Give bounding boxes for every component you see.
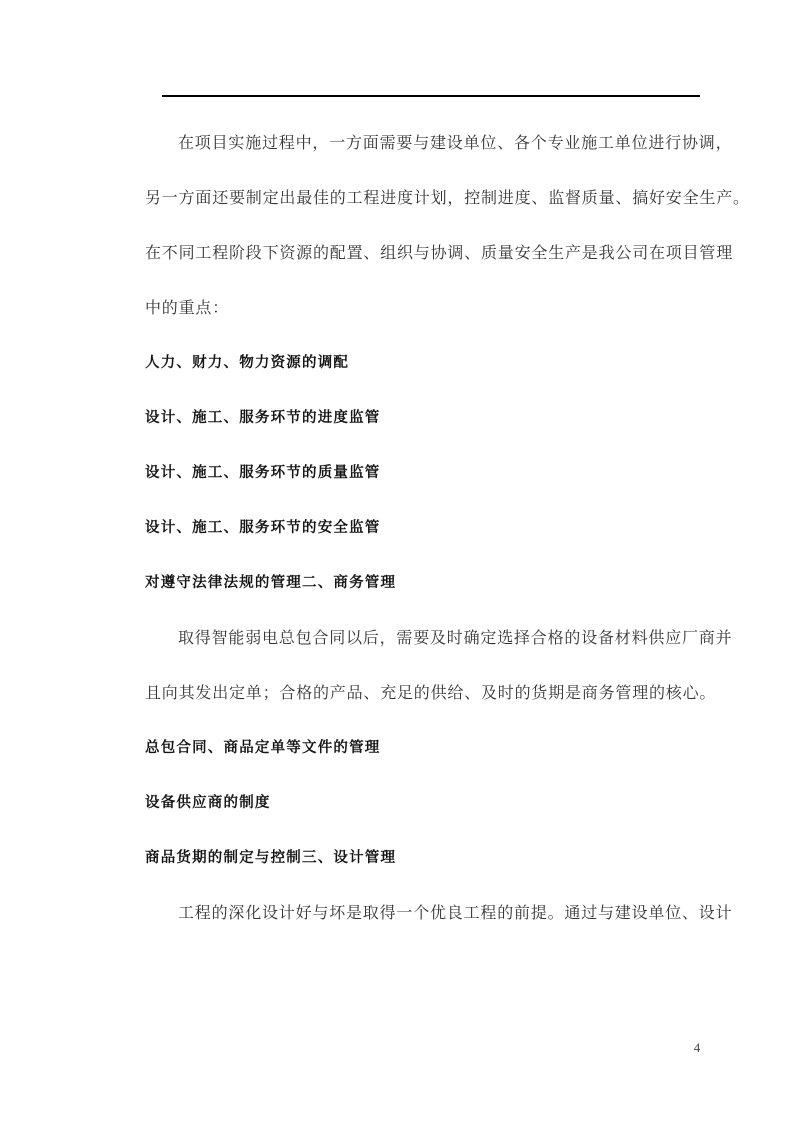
document-text-line: 对遵守法律法规的管理二、商务管理 <box>145 556 723 611</box>
document-body: 在项目实施过程中，一方面需要与建设单位、各个专业施工单位进行协调，另一方面还要制… <box>145 116 723 941</box>
page-number: 4 <box>686 1039 708 1057</box>
document-text-line: 设计、施工、服务环节的进度监管 <box>145 391 723 446</box>
document-text-line: 设计、施工、服务环节的质量监管 <box>145 446 723 501</box>
document-text-line: 另一方面还要制定出最佳的工程进度计划，控制进度、监督质量、搞好安全生产。 <box>145 171 723 226</box>
document-text-line: 总包合同、商品定单等文件的管理 <box>145 721 723 776</box>
document-text-line: 工程的深化设计好与坏是取得一个优良工程的前提。通过与建设单位、设计 <box>145 886 723 941</box>
document-text-line: 设计、施工、服务环节的安全监管 <box>145 501 723 556</box>
document-text-line: 在项目实施过程中，一方面需要与建设单位、各个专业施工单位进行协调， <box>145 116 723 171</box>
header-rule <box>162 95 700 97</box>
document-text-line: 设备供应商的制度 <box>145 776 723 831</box>
document-text-line: 人力、财力、物力资源的调配 <box>145 336 723 391</box>
document-text-line: 商品货期的制定与控制三、设计管理 <box>145 831 723 886</box>
document-text-line: 且向其发出定单；合格的产品、充足的供给、及时的货期是商务管理的核心。 <box>145 666 723 721</box>
document-page: 在项目实施过程中，一方面需要与建设单位、各个专业施工单位进行协调，另一方面还要制… <box>0 0 793 1122</box>
document-text-line: 取得智能弱电总包合同以后，需要及时确定选择合格的设备材料供应厂商并 <box>145 611 723 666</box>
document-text-line: 中的重点： <box>145 281 723 336</box>
document-text-line: 在不同工程阶段下资源的配置、组织与协调、质量安全生产是我公司在项目管理 <box>145 226 723 281</box>
